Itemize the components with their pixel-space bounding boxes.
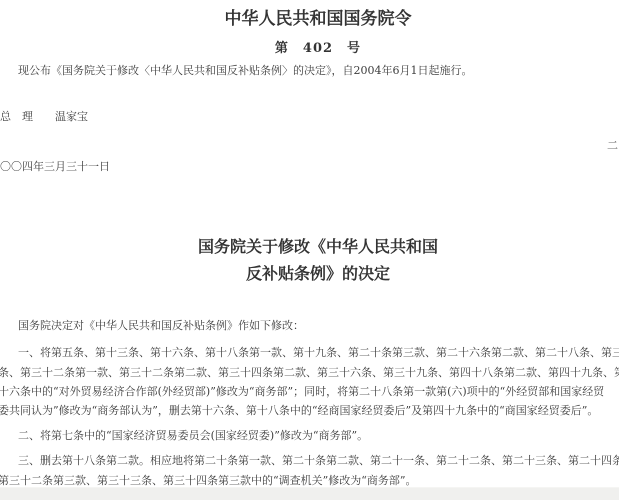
decree-number: 第 402 号 [0,41,619,57]
article1-line3: 十六条中的“对外贸易经济合作部(外经贸部)”修改为“商务部”；同时，将第二十八条… [0,385,604,399]
date-wrapped-first-char: 二 [607,139,618,153]
premier-signature-line: 总 理 温家宝 [0,110,88,124]
date-line: 〇〇四年三月三十一日 [0,160,110,174]
promulgation-text: 现公布《国务院关于修改〈中华人民共和国反补贴条例〉的决定》，自2004年6月1日… [18,64,473,78]
document-page: 中华人民共和国国务院令 第 402 号 现公布《国务院关于修改〈中华人民共和国反… [0,0,619,500]
article1-line2: 条、第三十二条第一款、第三十二条第二款、第三十四条第二款、第三十六条、第三十九条… [0,366,619,380]
article3-line1: 三、删去第十八条第二款。相应地将第二十条第一款、第二十条第二款、第二十一条、第二… [18,454,619,468]
article2-line: 二、将第七条中的“国家经济贸易委员会(国家经贸委)”修改为“商务部”。 [18,429,368,443]
article3-line2: 第三十二条第三款、第三十三条、第三十四条第三款中的“调查机关”修改为“商务部”。 [0,474,417,488]
article1-line4: 委共同认为”修改为“商务部认为”，删去第十六条、第十八条中的“经商国家经贸委后”… [0,404,598,418]
decree-title: 中华人民共和国国务院令 [0,9,619,30]
decision-intro-paragraph: 国务院决定对《中华人民共和国反补贴条例》作如下修改： [18,319,304,333]
decision-heading-line2: 反补贴条例》的决定 [0,264,619,283]
document-viewport: 中华人民共和国国务院令 第 402 号 现公布《国务院关于修改〈中华人民共和国反… [0,0,619,500]
page-bottom-strip [0,487,619,500]
decision-heading-line1: 国务院关于修改《中华人民共和国 [0,237,619,256]
article1-line1: 一、将第五条、第十三条、第十六条、第十八条第一款、第十九条、第二十条第三款、第二… [18,346,619,360]
